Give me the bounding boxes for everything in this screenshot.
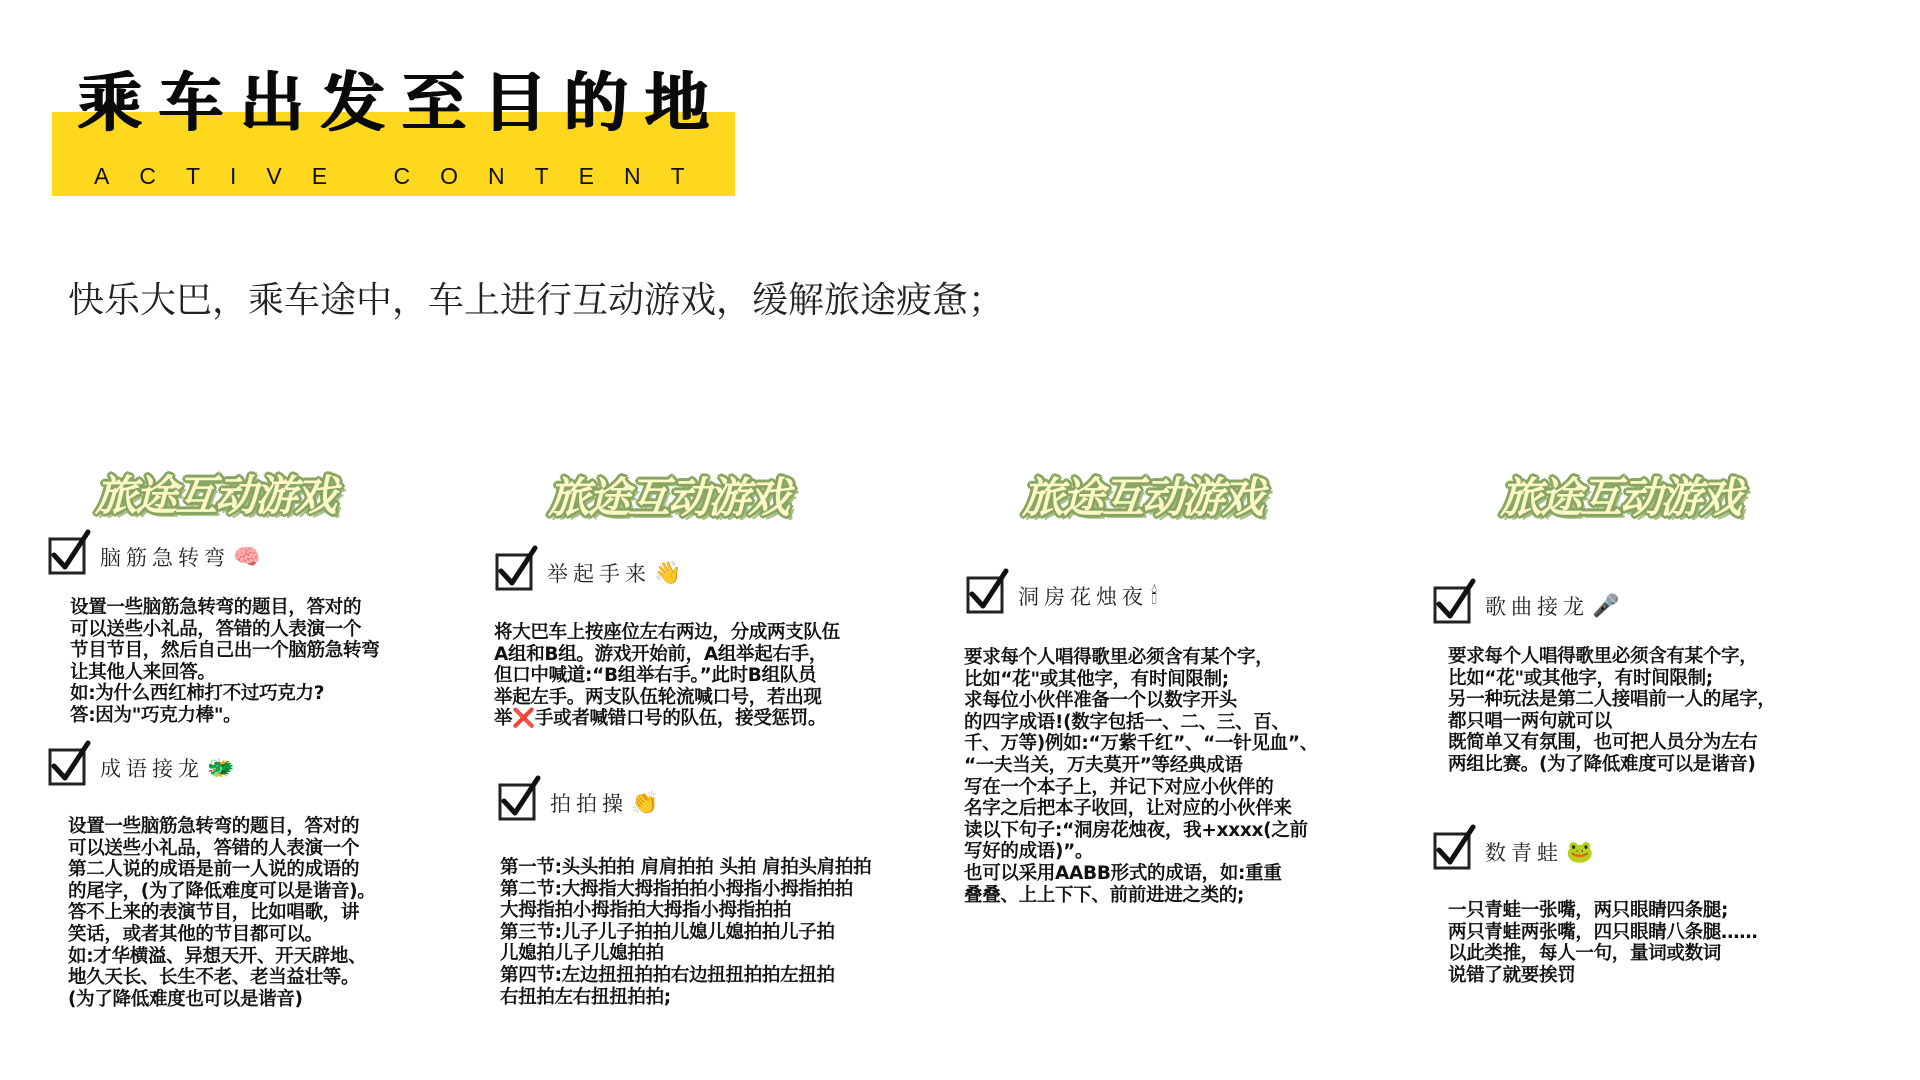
clapping-hands-icon: 👏: [631, 791, 658, 816]
checkbox-checked-icon: [1433, 586, 1473, 626]
game-description: 要求每个人唱得歌里必须含有某个字， 比如“花"或其他字，有时间限制; 另一种玩法…: [1448, 646, 1776, 776]
cross-mark-icon: ❌: [512, 708, 535, 729]
waving-hand-icon: 👋: [654, 561, 681, 586]
game-title-raise-hands: 举起手来 👋: [495, 553, 681, 593]
game-description: 要求每个人唱得歌里必须含有某个字， 比如“花"或其他字，有时间限制; 求每位小伙…: [964, 647, 1318, 906]
game-title-clapping-exercise: 拍拍操 👏: [498, 783, 658, 823]
checkbox-checked-icon: [498, 783, 538, 823]
game-title-wedding-night: 洞房花烛夜 🕯: [966, 576, 1157, 616]
intro-text: 快乐大巴，乘车途中，车上进行互动游戏，缓解旅途疲惫；: [68, 278, 1004, 324]
game-title-idiom-chain: 成语接龙 🐲: [48, 748, 234, 788]
checkbox-checked-icon: [48, 537, 88, 577]
game-name: 数青蛙: [1485, 837, 1563, 867]
dragon-icon: 🐲: [207, 756, 234, 781]
checkbox-checked-icon: [48, 748, 88, 788]
game-name: 脑筋急转弯: [100, 542, 230, 572]
game-name: 拍拍操: [550, 788, 628, 818]
game-description: 第一节:头头拍拍 肩肩拍拍 头拍 肩拍头肩拍拍 第二节:大拇指大拇指拍拍小拇指小…: [500, 857, 871, 1008]
game-title-brain-teaser: 脑筋急转弯 🧠: [48, 537, 260, 577]
game-name: 成语接龙: [100, 753, 204, 783]
candle-icon: 🕯: [1151, 584, 1157, 609]
checkbox-checked-icon: [1433, 832, 1473, 872]
page-subtitle: ACTIVE CONTENT: [94, 162, 715, 190]
card-header: 旅途互动游戏: [1500, 472, 1740, 524]
game-description: 将大巴车上按座位左右两边，分成两支队伍 A组和B组。游戏开始前，A组举起右手， …: [494, 622, 840, 730]
brain-icon: 🧠: [233, 545, 260, 570]
description-text: 手或者喊错口号的队伍，接受惩罚。: [535, 708, 826, 729]
game-description: 设置一些脑筋急转弯的题目，答对的 可以送些小礼品，答错的人表演一个 第二人说的成…: [68, 816, 376, 1010]
card-header: 旅途互动游戏: [548, 472, 788, 524]
checkbox-checked-icon: [495, 553, 535, 593]
game-title-count-frogs: 数青蛙 🐸: [1433, 832, 1593, 872]
checkbox-checked-icon: [966, 576, 1006, 616]
game-name: 举起手来: [547, 558, 651, 588]
card-header: 旅途互动游戏: [1022, 472, 1262, 524]
card-header: 旅途互动游戏: [95, 470, 335, 522]
microphone-icon: 🎤: [1592, 594, 1619, 619]
game-name: 洞房花烛夜: [1018, 581, 1148, 611]
game-description: 一只青蛙一张嘴，两只眼睛四条腿; 两只青蛙两张嘴，四只眼睛八条腿…… 以此类推，…: [1448, 900, 1757, 986]
page-title: 乘车出发至目的地: [78, 66, 726, 142]
game-title-song-chain: 歌曲接龙 🎤: [1433, 586, 1619, 626]
frog-icon: 🐸: [1566, 840, 1593, 865]
game-description: 设置一些脑筋急转弯的题目，答对的 可以送些小礼品，答错的人表演一个 节目节目，然…: [70, 597, 379, 727]
game-name: 歌曲接龙: [1485, 591, 1589, 621]
